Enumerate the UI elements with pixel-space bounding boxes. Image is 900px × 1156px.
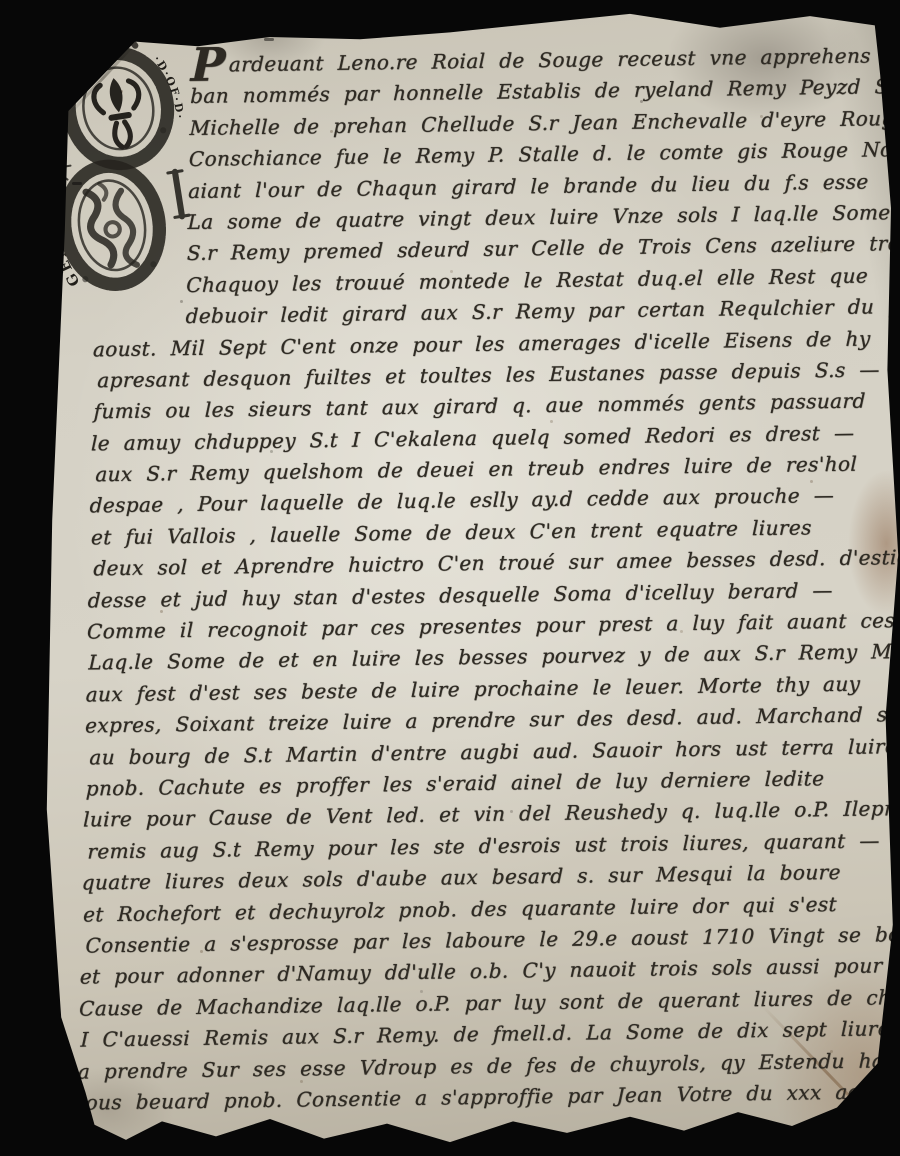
- photo-background: 4: [0, 0, 900, 1156]
- stain-right-edge: [0, 88, 2, 368]
- folio-dash-icon: [338, 20, 356, 23]
- fold-crease-top-left-2: [0, 0, 9, 87]
- ink-smudge: [168, 36, 178, 39]
- manuscript-text: Pardeuant Leno.re Roial de Souge receust…: [77, 40, 875, 1119]
- document-page: 4: [0, 0, 900, 1156]
- folio-dash-icon: [377, 17, 429, 21]
- folio-mark: 4: [338, 8, 430, 33]
- folio-number: 4: [360, 11, 374, 32]
- stamp-spacer: [94, 50, 191, 303]
- svg-text:GEN·DE·LION: GEN·DE·LION: [30, 138, 84, 291]
- stamp-band-text: GEN·DE·LION: [30, 138, 84, 291]
